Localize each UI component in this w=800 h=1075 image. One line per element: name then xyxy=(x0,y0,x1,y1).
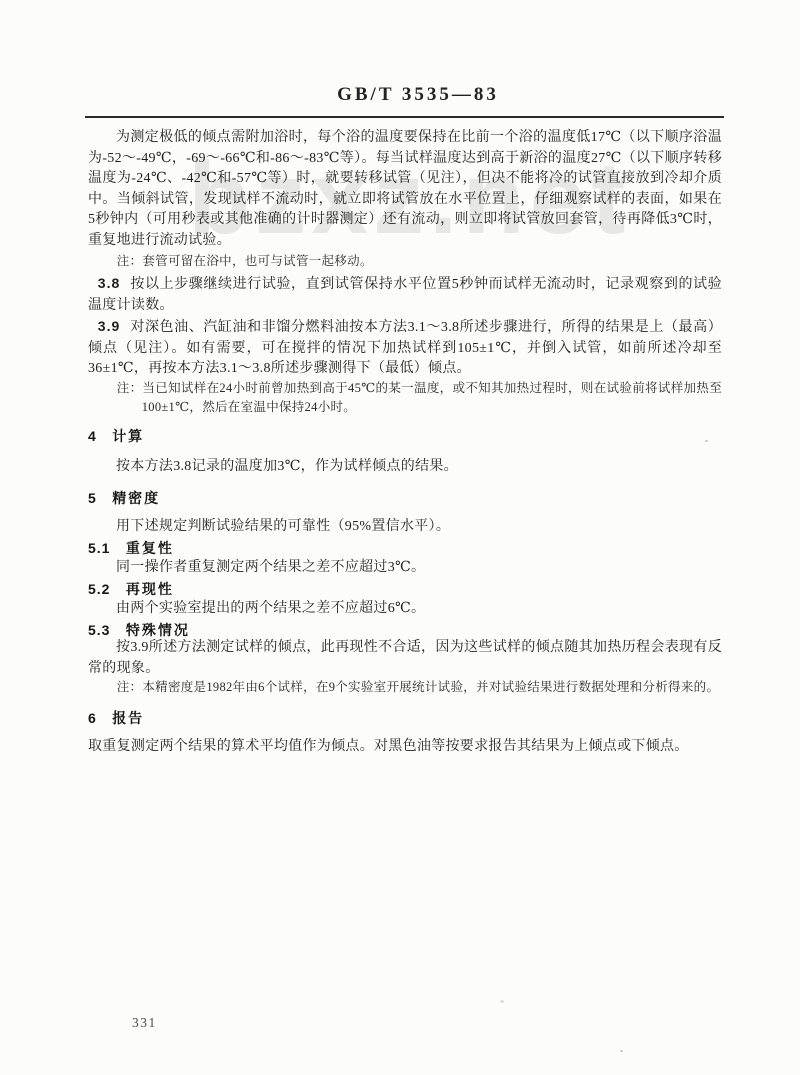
clause-3-8: 3.8按以上步骤继续进行试验，直到试管保持水平位置5秒钟而试样无流动时，记录观察… xyxy=(88,273,722,316)
intro-paragraph: 为测定极低的倾点需附加浴时，每个浴的温度要保持在比前一个浴的温度低17℃（以下顺… xyxy=(88,128,722,251)
section-5-3-heading: 5.3特殊情况 xyxy=(88,620,722,641)
clause-3-8-number: 3.8 xyxy=(98,275,120,291)
section-5-2-heading: 5.2再现性 xyxy=(88,579,722,600)
section-5-3-note: 注：本精密度是1982年由6个试样，在9个实验室开展统计试验，并对试验结果进行数… xyxy=(88,678,722,697)
clause-3-9-number: 3.9 xyxy=(98,318,120,334)
clause-3-9-text: 对深色油、汽缸油和非馏分燃料油按本方法3.1～3.8所述步骤进行，所得的结果是上… xyxy=(88,320,722,376)
section-6-title: 报告 xyxy=(112,710,144,726)
scan-speck xyxy=(620,1050,623,1052)
section-4-title: 计算 xyxy=(112,428,144,444)
section-5-title: 精密度 xyxy=(112,490,160,506)
section-6-body: 取重复测定两个结果的算术平均值作为倾点。对黑色油等按要求报告其结果为上倾点或下倾… xyxy=(88,737,722,758)
clause-3-9-note: 注：当已知试样在24小时前曾加热到高于45℃的某一温度，或不知其加热过程时，则在… xyxy=(88,379,722,417)
section-5-1-number: 5.1 xyxy=(88,540,110,556)
section-5-1-title: 重复性 xyxy=(126,540,174,556)
section-4-heading: 4计算 xyxy=(88,426,722,447)
section-5-2-title: 再现性 xyxy=(126,581,174,597)
section-6-heading: 6报告 xyxy=(88,708,722,729)
section-5-body: 用下述规定判断试验结果的可靠性（95%置信水平）。 xyxy=(88,517,722,538)
clause-3-8-text: 按以上步骤继续进行试验，直到试管保持水平位置5秒钟而试样无流动时，记录观察到的试… xyxy=(88,277,722,313)
document-body: 为测定极低的倾点需附加浴时，每个浴的温度要保持在比前一个浴的温度低17℃（以下顺… xyxy=(88,128,722,757)
section-6-number: 6 xyxy=(88,710,97,726)
standard-code-header: GB/T 3535—83 xyxy=(0,84,800,106)
scanned-standard-page: bzxz.net GB/T 3535—83 为测定极低的倾点需附加浴时，每个浴的… xyxy=(0,0,800,1075)
section-5-3-number: 5.3 xyxy=(88,622,110,638)
section-5-heading: 5精密度 xyxy=(88,488,722,509)
section-4-number: 4 xyxy=(88,428,97,444)
section-5-number: 5 xyxy=(88,490,97,506)
intro-note: 注：套管可留在浴中，也可与试管一起移动。 xyxy=(88,252,722,271)
header-rule-line xyxy=(85,116,724,118)
clause-3-9: 3.9对深色油、汽缸油和非馏分燃料油按本方法3.1～3.8所述步骤进行，所得的结… xyxy=(88,316,722,380)
section-5-2-body: 由两个实验室提出的两个结果之差不应超过6℃。 xyxy=(88,599,722,620)
section-4-body: 按本方法3.8记录的温度加3℃，作为试样倾点的结果。 xyxy=(88,457,722,478)
section-5-3-title: 特殊情况 xyxy=(126,622,190,638)
scan-speck xyxy=(500,1000,504,1003)
section-5-1-heading: 5.1重复性 xyxy=(88,538,722,559)
section-5-2-number: 5.2 xyxy=(88,581,110,597)
section-5-3-body: 按3.9所述方法测定试样的倾点，此再现性不合适，因为这些试样的倾点随其加热历程会… xyxy=(88,638,722,679)
page-number: 331 xyxy=(132,1015,157,1031)
section-5-1-body: 同一操作者重复测定两个结果之差不应超过3℃。 xyxy=(88,558,722,579)
